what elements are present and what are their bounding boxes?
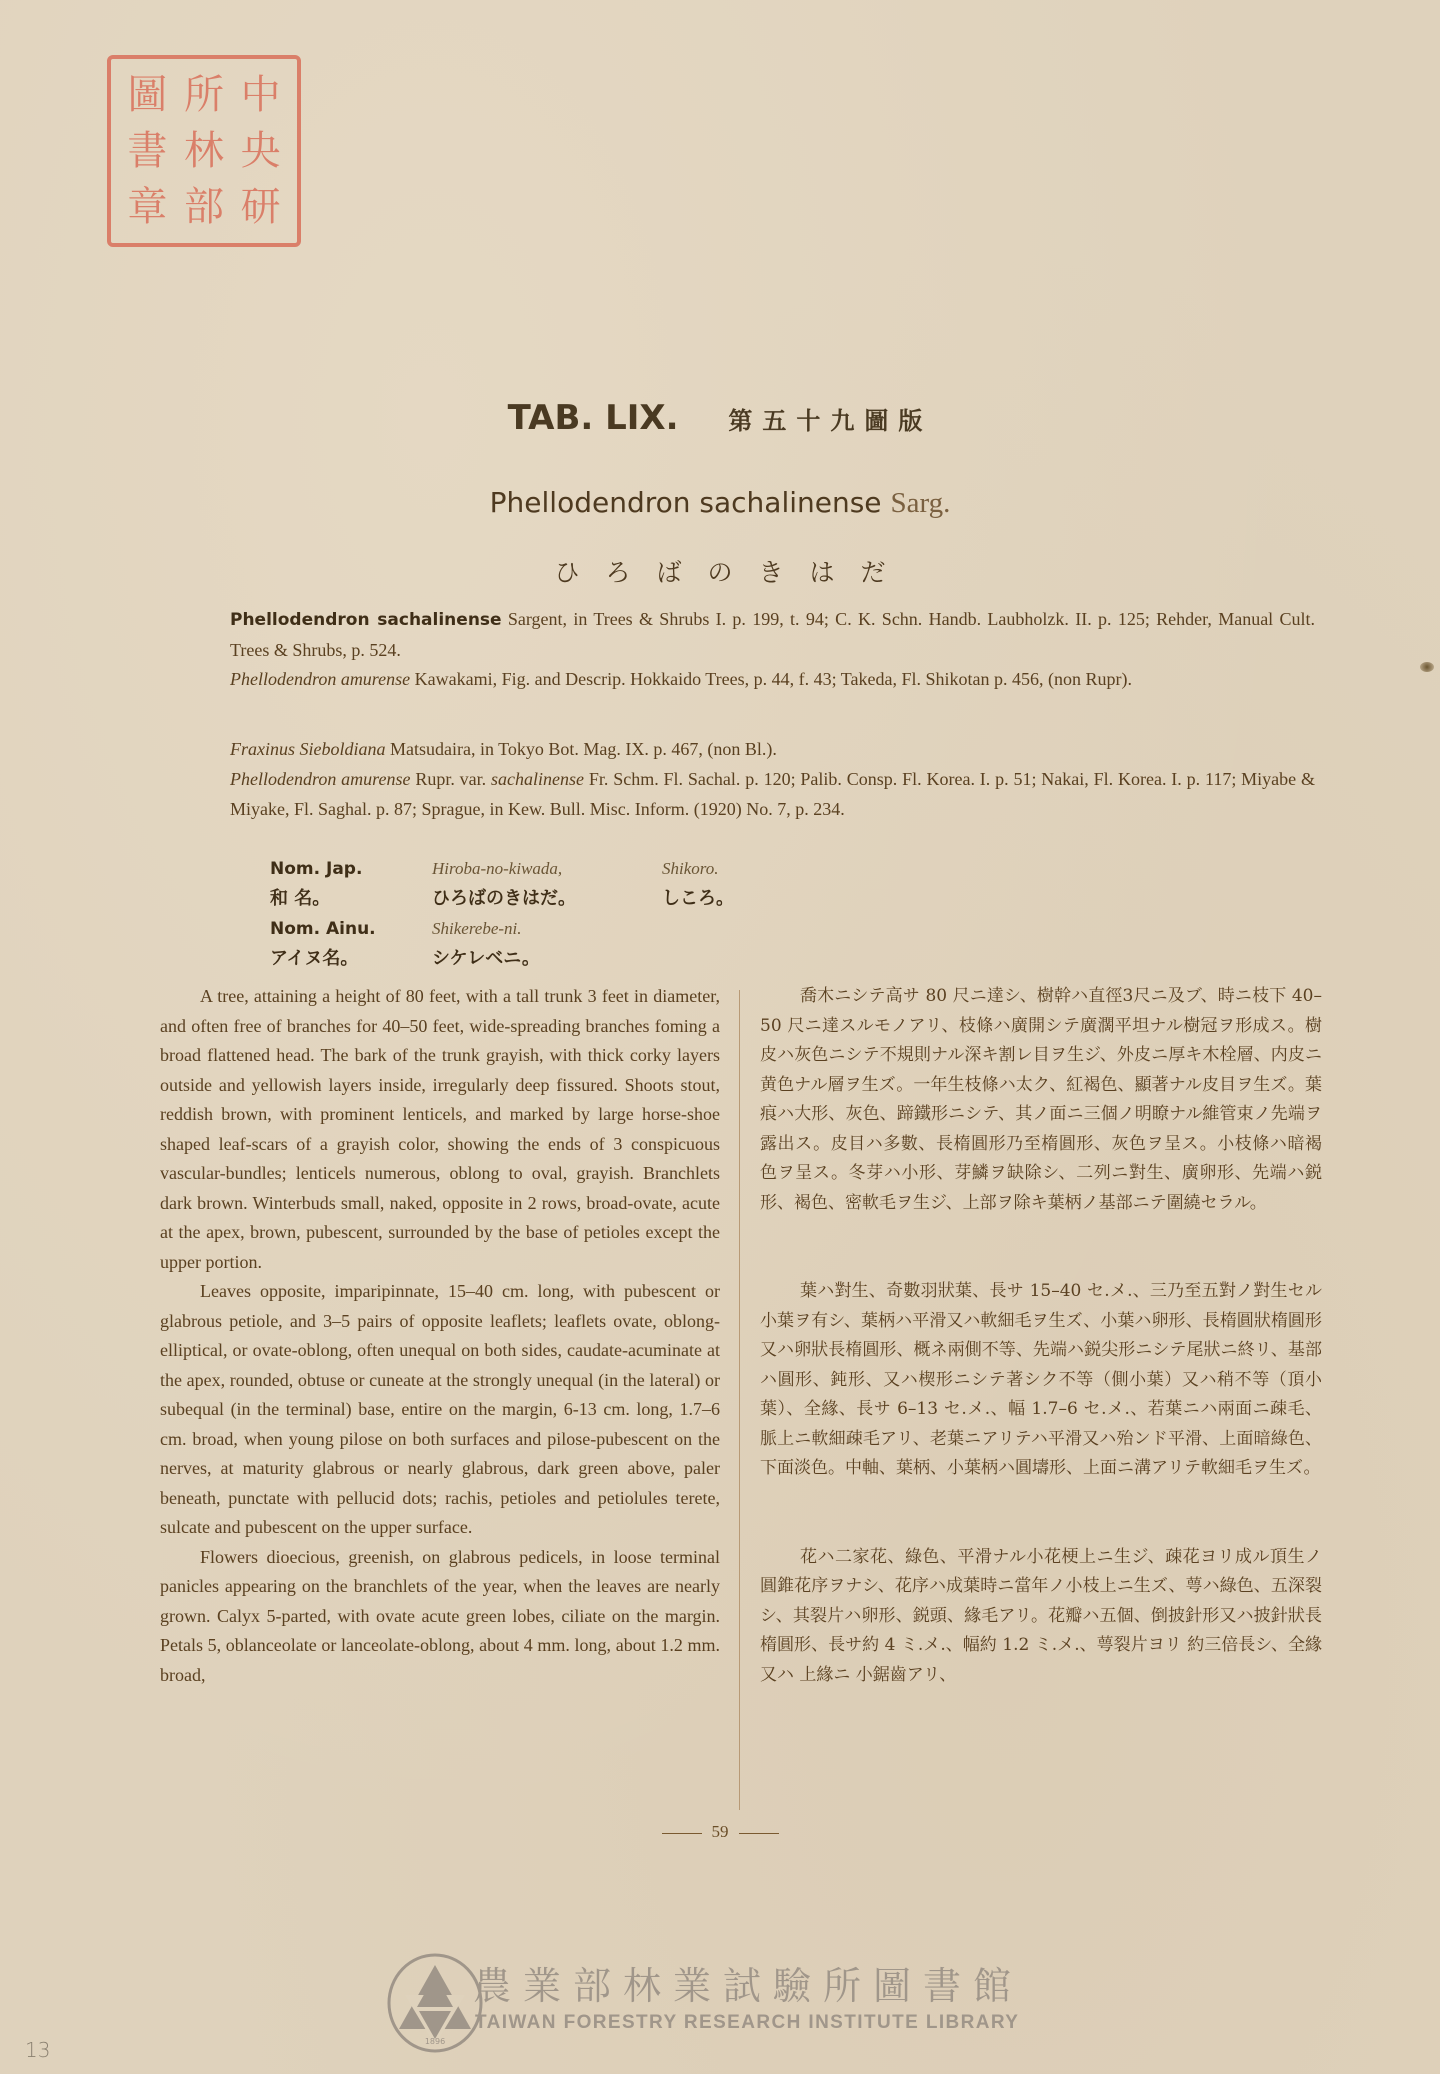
wamei-label: 和 名。 <box>270 884 432 914</box>
synonym-citation-prefix: Rupr. var. <box>415 769 486 789</box>
library-name-english: TAIWAN FORESTRY RESEARCH INSTITUTE LIBRA… <box>475 2012 1019 2034</box>
nom-jap-label: Nom. Jap. <box>270 854 432 884</box>
variety-name: sachalinense <box>491 769 584 789</box>
synonym-citation: Kawakami, Fig. and Descrip. Hokkaido Tre… <box>415 669 1132 689</box>
seal-char: 書 <box>119 123 176 179</box>
seal-char: 央 <box>232 123 289 179</box>
synonym-citation: Matsudaira, in Tokyo Bot. Mag. IX. p. 46… <box>390 739 777 759</box>
description-paragraph-habit: A tree, attaining a height of 80 feet, w… <box>160 982 720 1277</box>
logo-year: 1896 <box>425 2037 445 2046</box>
page-number: 59 <box>0 1822 1440 1842</box>
description-paragraph-leaves: Leaves opposite, imparipinnate, 15–40 cm… <box>160 1277 720 1543</box>
nom-jap-romaji: Hiroba-no-kiwada, <box>432 854 662 884</box>
seal-char: 林 <box>176 123 233 179</box>
paper-stain <box>1420 662 1434 672</box>
vernacular-names: Nom. Jap. Hiroba-no-kiwada, Shikoro. 和 名… <box>270 854 822 974</box>
nom-ainu-label: Nom. Ainu. <box>270 914 432 944</box>
species-name: Phellodendron sachalinense <box>490 486 882 519</box>
plate-title: TAB. LIX. 第五十九圖版 <box>0 398 1440 438</box>
handwritten-margin-note: 13 <box>25 2038 50 2062</box>
nom-ainu-romaji: Shikerebe-ni. <box>432 914 662 944</box>
seal-char: 研 <box>232 179 289 235</box>
wamei-name-alt: しころ。 <box>662 884 822 914</box>
japanese-common-name-title: ひろばのきはだ <box>0 553 1440 589</box>
seal-char: 圖 <box>119 67 176 123</box>
dash-right <box>739 1833 779 1834</box>
library-name-chinese: 農業部林業試驗所圖書館 <box>473 1955 1023 2010</box>
synonym-entry: Phellodendron sachalinense Sargent, in T… <box>160 604 1315 665</box>
seal-char: 所 <box>176 67 233 123</box>
english-description-column: A tree, attaining a height of 80 feet, w… <box>160 982 720 1690</box>
page-number-value: 59 <box>712 1822 729 1841</box>
plate-number-roman: TAB. LIX. <box>508 398 679 438</box>
synonym-entry: Phellodendron amurense Kawakami, Fig. an… <box>160 664 1315 694</box>
nom-jap-romaji-alt: Shikoro. <box>662 854 822 884</box>
ainu-name-label: アイヌ名。 <box>270 944 432 974</box>
synonym-name: Phellodendron amurense <box>230 669 410 689</box>
column-divider <box>739 990 740 1810</box>
japanese-description-column: 喬木ニシテ高サ 80 尺ニ達シ、樹幹ハ直徑3尺ニ及ブ、時ニ枝下 40–50 尺ニ… <box>760 982 1322 1690</box>
species-author: Sarg. <box>890 487 950 519</box>
seal-char: 章 <box>119 179 176 235</box>
synonym-name: Phellodendron amurense <box>230 769 410 789</box>
synonym-name: Phellodendron sachalinense <box>230 610 502 630</box>
synonym-entry: Phellodendron amurense Rupr. var. sachal… <box>160 764 1315 824</box>
dash-left <box>662 1833 702 1834</box>
seal-char: 部 <box>176 179 233 235</box>
seal-char: 中 <box>232 67 289 123</box>
description-paragraph-flowers-jp: 花ハ二家花、綠色、平滑ナル小花梗上ニ生ジ、疎花ヨリ成ル頂生ノ圓錐花序ヲナシ、花序… <box>760 1543 1322 1691</box>
species-title: Phellodendron sachalinense Sarg. <box>0 486 1440 520</box>
plate-number-japanese: 第五十九圖版 <box>728 407 932 435</box>
description-paragraph-flowers: Flowers dioecious, greenish, on glabrous… <box>160 1543 720 1691</box>
library-seal-stamp: 中 央 研 所 林 部 圖 書 章 <box>107 55 301 247</box>
synonym-entry: Fraxinus Sieboldiana Matsudaira, in Toky… <box>160 734 1315 764</box>
description-paragraph-habit-jp: 喬木ニシテ高サ 80 尺ニ達シ、樹幹ハ直徑3尺ニ及ブ、時ニ枝下 40–50 尺ニ… <box>760 982 1322 1218</box>
description-paragraph-leaves-jp: 葉ハ對生、奇數羽狀葉、長サ 15–40 セ.メ.、三乃至五對ノ對生セル小葉ヲ有シ… <box>760 1277 1322 1484</box>
wamei-name: ひろばのきはだ。 <box>432 884 662 914</box>
ainu-name: シケレベニ。 <box>432 944 662 974</box>
synonym-name: Fraxinus Sieboldiana <box>230 739 386 759</box>
